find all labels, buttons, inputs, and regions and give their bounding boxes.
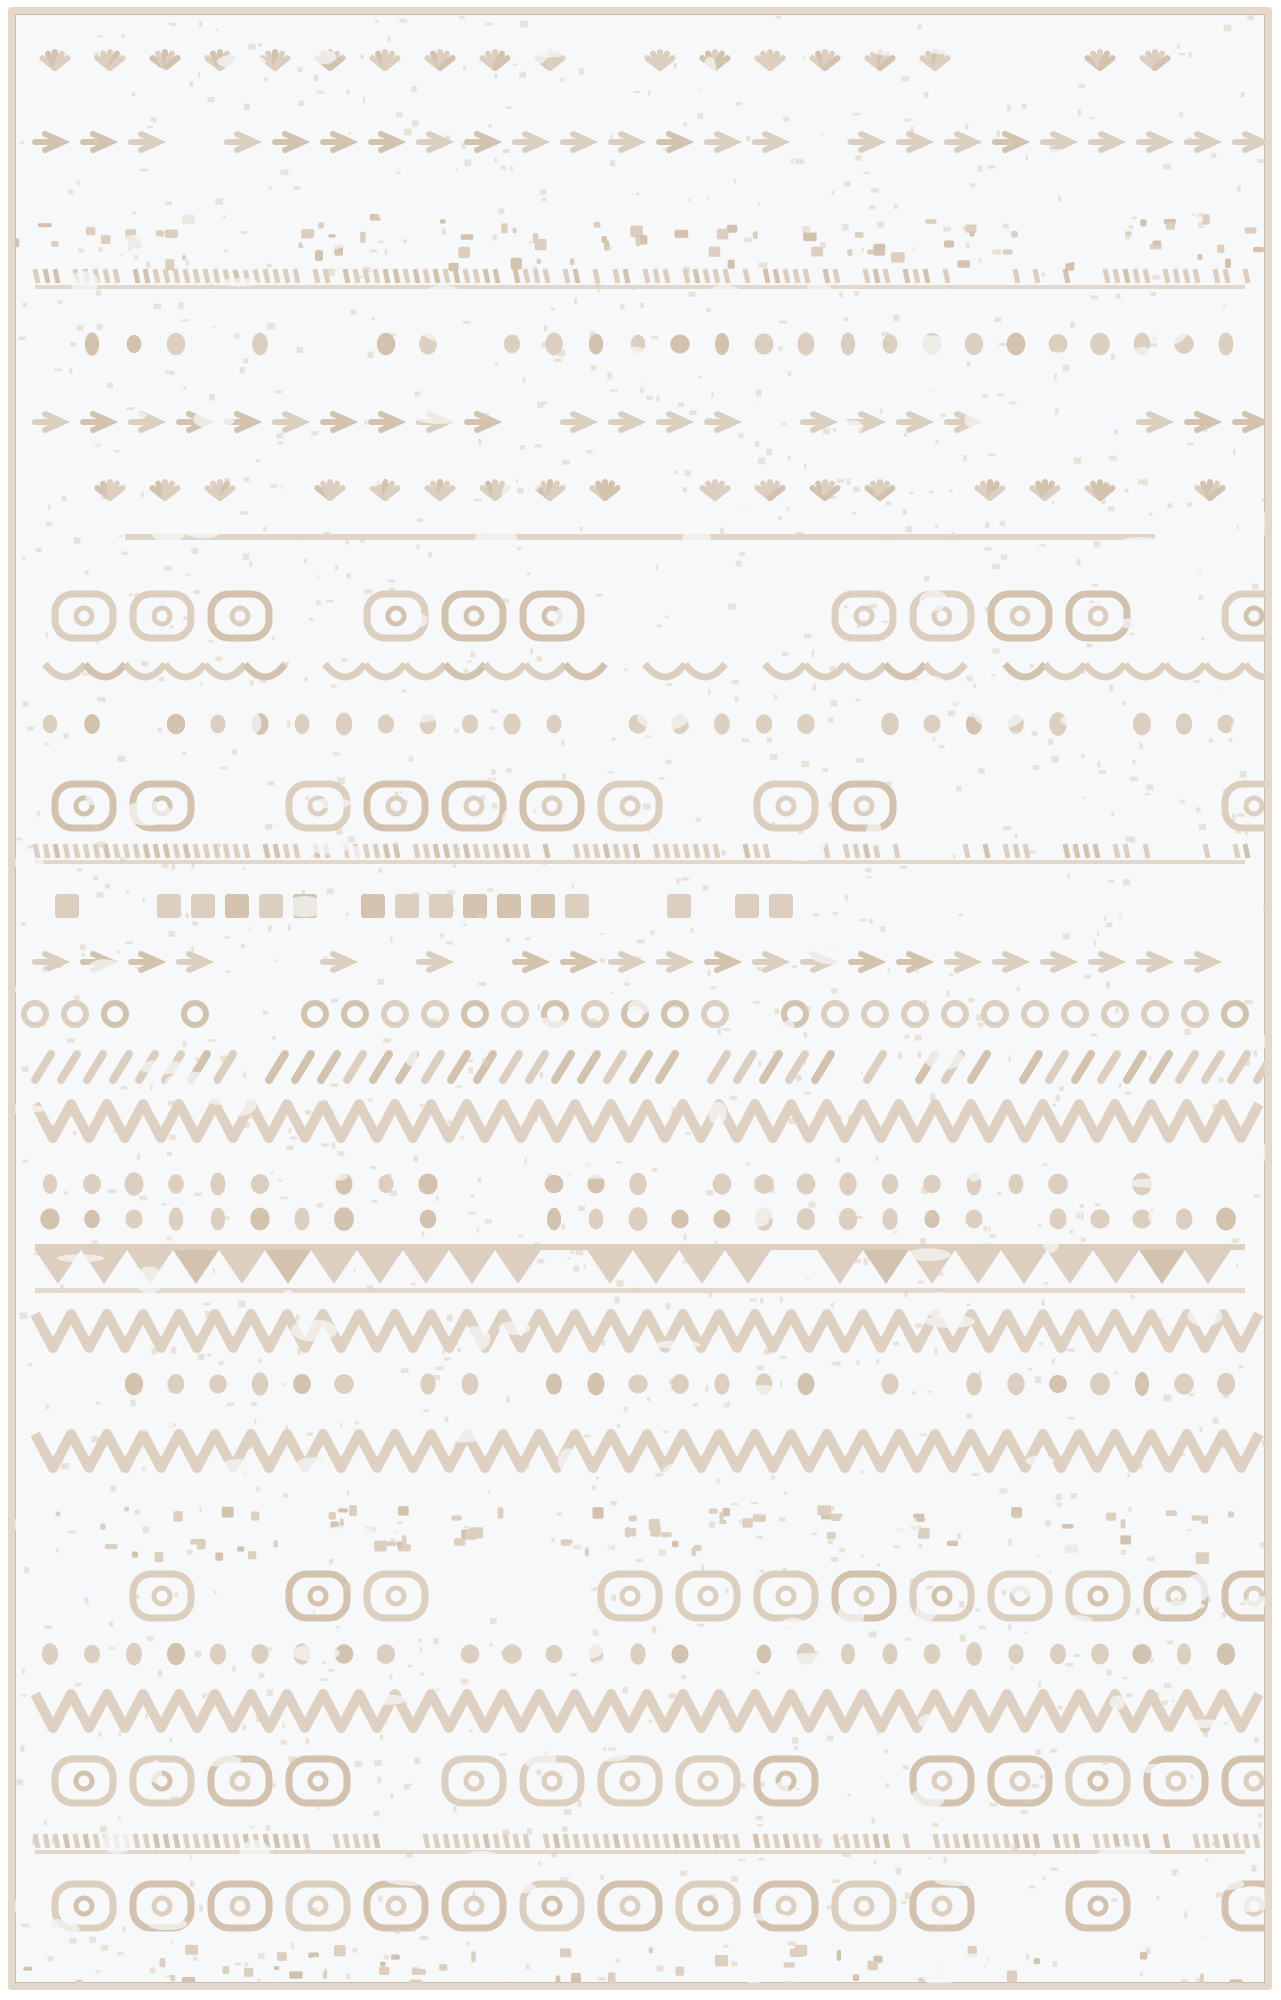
rug-pattern — [15, 14, 1265, 1983]
rug — [8, 7, 1272, 1990]
